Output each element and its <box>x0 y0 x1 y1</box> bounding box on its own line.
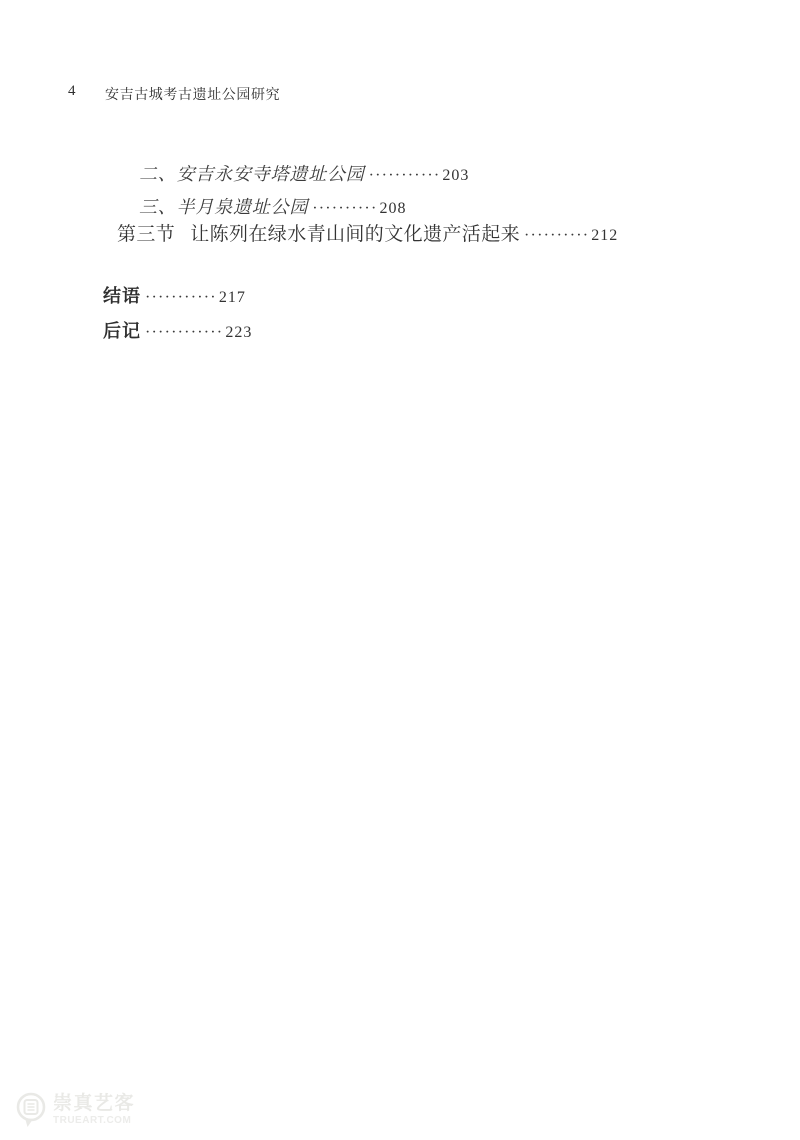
speech-bubble-document-icon <box>16 1091 48 1129</box>
dot-leader: ·········· <box>524 227 589 244</box>
dot-leader: ··········· <box>145 289 217 306</box>
watermark-domain: TRUEART.COM <box>53 1115 135 1126</box>
toc-backmatter-entry: 结语···········217 <box>103 282 246 308</box>
watermark-text: 崇真艺客 TRUEART.COM <box>53 1091 135 1126</box>
toc-entry-page: 212 <box>591 227 618 244</box>
document-page: 4 安吉古城考古遗址公园研究 二、安吉永安寺塔遗址公园···········20… <box>0 0 800 1140</box>
toc-entry-label: 二、安吉永安寺塔遗址公园 <box>139 164 365 184</box>
toc-section-title: 让陈列在绿水青山间的文化遗产活起来 <box>190 224 520 245</box>
toc-entry-page: 217 <box>219 289 246 306</box>
toc-entry-page: 203 <box>442 167 469 184</box>
dot-leader: ············ <box>145 324 223 341</box>
page-number: 4 <box>68 83 76 100</box>
toc-entry-label: 三、半月泉遗址公园 <box>139 197 308 217</box>
watermark-brand: 崇真艺客 <box>53 1094 135 1114</box>
toc-entry-label: 后记 <box>103 321 141 341</box>
toc-entry: 三、半月泉遗址公园··········208 <box>139 193 406 219</box>
watermark: 崇真艺客 TRUEART.COM <box>16 1091 135 1129</box>
dot-leader: ·········· <box>312 200 377 217</box>
toc-section-entry: 第三节让陈列在绿水青山间的文化遗产活起来··········212 <box>117 219 618 246</box>
toc-backmatter-entry: 后记············223 <box>103 317 252 343</box>
toc-entry-page: 223 <box>225 324 252 341</box>
toc-entry: 二、安吉永安寺塔遗址公园···········203 <box>139 160 469 186</box>
toc-entry-page: 208 <box>379 200 406 217</box>
toc-section-prefix: 第三节 <box>117 224 175 245</box>
dot-leader: ··········· <box>369 167 441 184</box>
running-title: 安吉古城考古遗址公园研究 <box>105 84 280 104</box>
toc-entry-label: 结语 <box>103 286 141 306</box>
